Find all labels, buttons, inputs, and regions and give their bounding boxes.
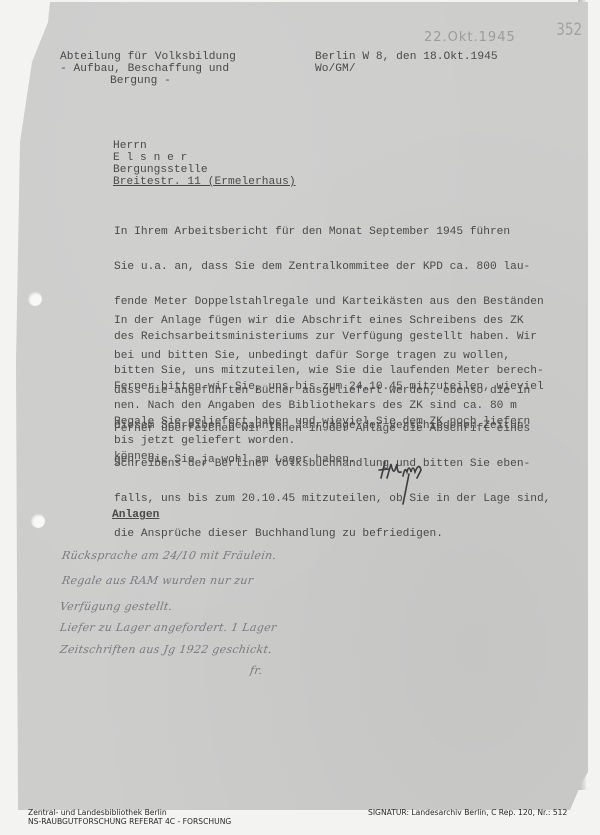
- archive-signature: SIGNATUR: Landesarchiv Berlin, C Rep. 12…: [368, 808, 567, 817]
- body-line: Ferner überreichen wir Ihnen in der Anla…: [114, 424, 550, 436]
- body-line: Sie u.a. an, dass Sie dem Zentralkommite…: [114, 262, 544, 274]
- recipient-name: E l s n e r: [113, 153, 187, 165]
- sender-line-1: Abteilung für Volksbildung: [60, 52, 236, 64]
- handwritten-note-line-3: Verfügung gestellt.: [59, 600, 173, 613]
- body-line: In Ihrem Arbeitsbericht für den Monat Se…: [114, 227, 544, 239]
- recipient-office: Bergungsstelle: [113, 165, 208, 177]
- footer-department: NS-RAUBGUTFORSCHUNG REFERAT 4C - FORSCHU…: [28, 817, 231, 826]
- handwritten-initials: fr.: [249, 664, 263, 677]
- place-date: Berlin W 8, den 18.Okt.1945: [315, 52, 498, 64]
- recipient-salutation: Herrn: [113, 141, 147, 153]
- paragraph-4: Ferner überreichen wir Ihnen in der Anla…: [114, 401, 550, 552]
- received-date-stamp: 22.Okt.1945: [424, 30, 516, 45]
- handwritten-note-line-1: Rücksprache am 24/10 mit Fräulein.: [61, 549, 277, 562]
- handwritten-note-line-5: Zeitschriften aus Jg 1922 geschickt.: [59, 643, 273, 656]
- folio-number: 352: [556, 20, 582, 40]
- body-line: die Ansprüche dieser Buchhandlung zu bef…: [114, 529, 550, 541]
- body-line: falls, uns bis zum 20.10.45 mitzuteilen,…: [114, 494, 550, 506]
- punch-hole-top: [28, 292, 42, 306]
- reference-code: Wo/GM/: [315, 64, 356, 76]
- handwritten-signature: [375, 460, 455, 508]
- sender-line-2: - Aufbau, Beschaffung und: [60, 64, 229, 76]
- handwritten-note-line-4: Liefer zu Lager angefordert. 1 Lager: [59, 621, 277, 634]
- body-line: In der Anlage fügen wir die Abschrift ei…: [114, 316, 530, 328]
- recipient-address: Breitestr. 11 (Ermelerhaus): [113, 177, 296, 189]
- footer-institution-name: Zentral- und Landesbibliothek Berlin: [28, 808, 231, 817]
- body-line: Ferner bitten wir Sie, uns bis zum 24.10…: [114, 382, 544, 394]
- sender-line-3: Bergung -: [110, 76, 171, 88]
- footer-institution: Zentral- und Landesbibliothek Berlin NS-…: [28, 808, 231, 826]
- body-line: Schreibens der Berliner Volksbuchhandlun…: [114, 459, 550, 471]
- enclosures-label: Anlagen: [112, 510, 159, 522]
- handwritten-note-line-2: Regale aus RAM wurden nur zur: [61, 574, 254, 587]
- punch-hole-bottom: [31, 514, 45, 528]
